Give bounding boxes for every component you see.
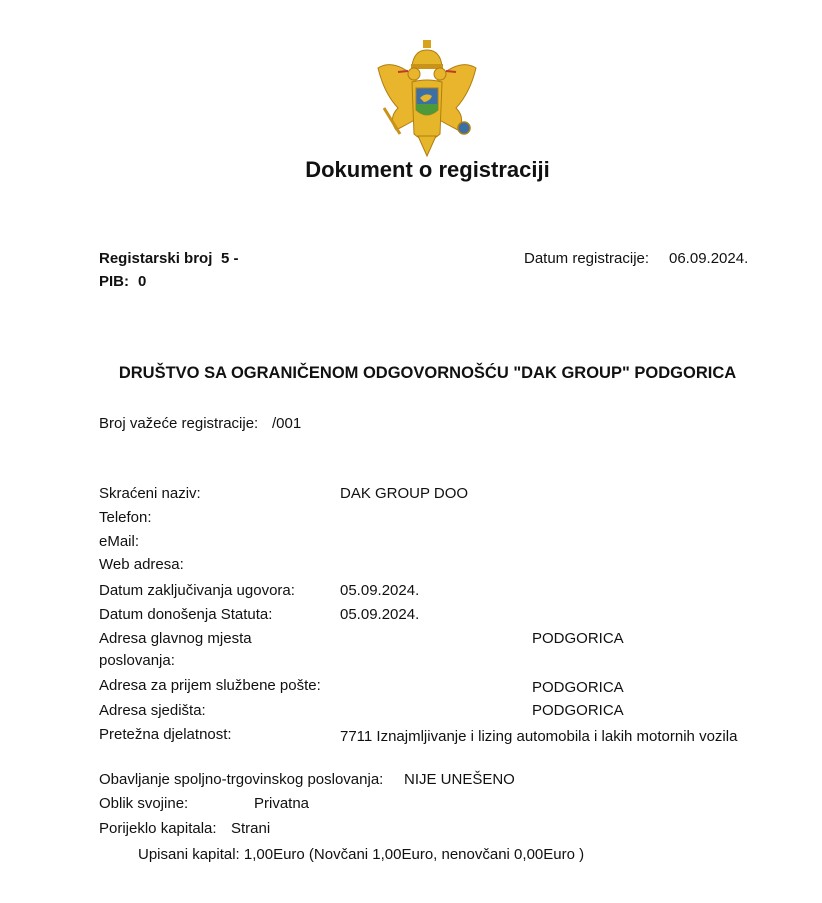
seat-address-value: PODGORICA [532, 702, 624, 719]
statute-date-value: 05.09.2024. [340, 606, 419, 623]
registration-number-value: 5 - [221, 250, 239, 267]
company-full-name: DRUŠTVO SA OGRANIČENOM ODGOVORNOŠĆU "DAK… [0, 364, 822, 383]
registration-date-label: Datum registracije: [524, 250, 649, 267]
mail-address-value: PODGORICA [532, 679, 624, 696]
pib-value: 0 [138, 273, 146, 290]
foreign-trade-value: NIJE UNEŠENO [404, 771, 515, 788]
capital-origin-value: Strani [231, 820, 270, 837]
short-name-value: DAK GROUP DOO [340, 485, 468, 502]
contract-date-value: 05.09.2024. [340, 582, 419, 599]
ownership-value: Privatna [254, 795, 309, 812]
registration-number-label: Registarski broj [99, 250, 212, 267]
registration-date-value: 06.09.2024. [669, 250, 748, 267]
capital-origin-label: Porijeklo kapitala: [99, 820, 217, 837]
main-address-value: PODGORICA [532, 630, 624, 647]
email-label: eMail: [99, 533, 139, 550]
main-address-label-line2: poslovanja: [99, 652, 175, 669]
seat-address-label: Adresa sjedišta: [99, 702, 206, 719]
contract-date-label: Datum zaključivanja ugovora: [99, 582, 295, 599]
web-label: Web adresa: [99, 556, 184, 573]
valid-registration-value: /001 [272, 415, 301, 432]
phone-label: Telefon: [99, 509, 152, 526]
foreign-trade-label: Obavljanje spoljno-trgovinskog poslovanj… [99, 771, 383, 788]
main-activity-label: Pretežna djelatnost: [99, 726, 232, 743]
main-activity-value: 7711 Iznajmljivanje i lizing automobila … [340, 726, 740, 747]
short-name-label: Skraćeni naziv: [99, 485, 201, 502]
statute-date-label: Datum donošenja Statuta: [99, 606, 272, 623]
document-title: Dokument o registraciji [0, 157, 822, 183]
ownership-label: Oblik svojine: [99, 795, 188, 812]
main-address-label-line1: Adresa glavnog mjesta [99, 630, 252, 647]
pib-label: PIB: [99, 273, 129, 290]
subscribed-capital: Upisani kapital: 1,00Euro (Novčani 1,00E… [138, 846, 584, 863]
valid-registration-label: Broj važeće registracije: [99, 415, 258, 432]
coat-of-arms-icon [374, 38, 480, 158]
mail-address-label: Adresa za prijem službene pošte: [99, 677, 321, 694]
